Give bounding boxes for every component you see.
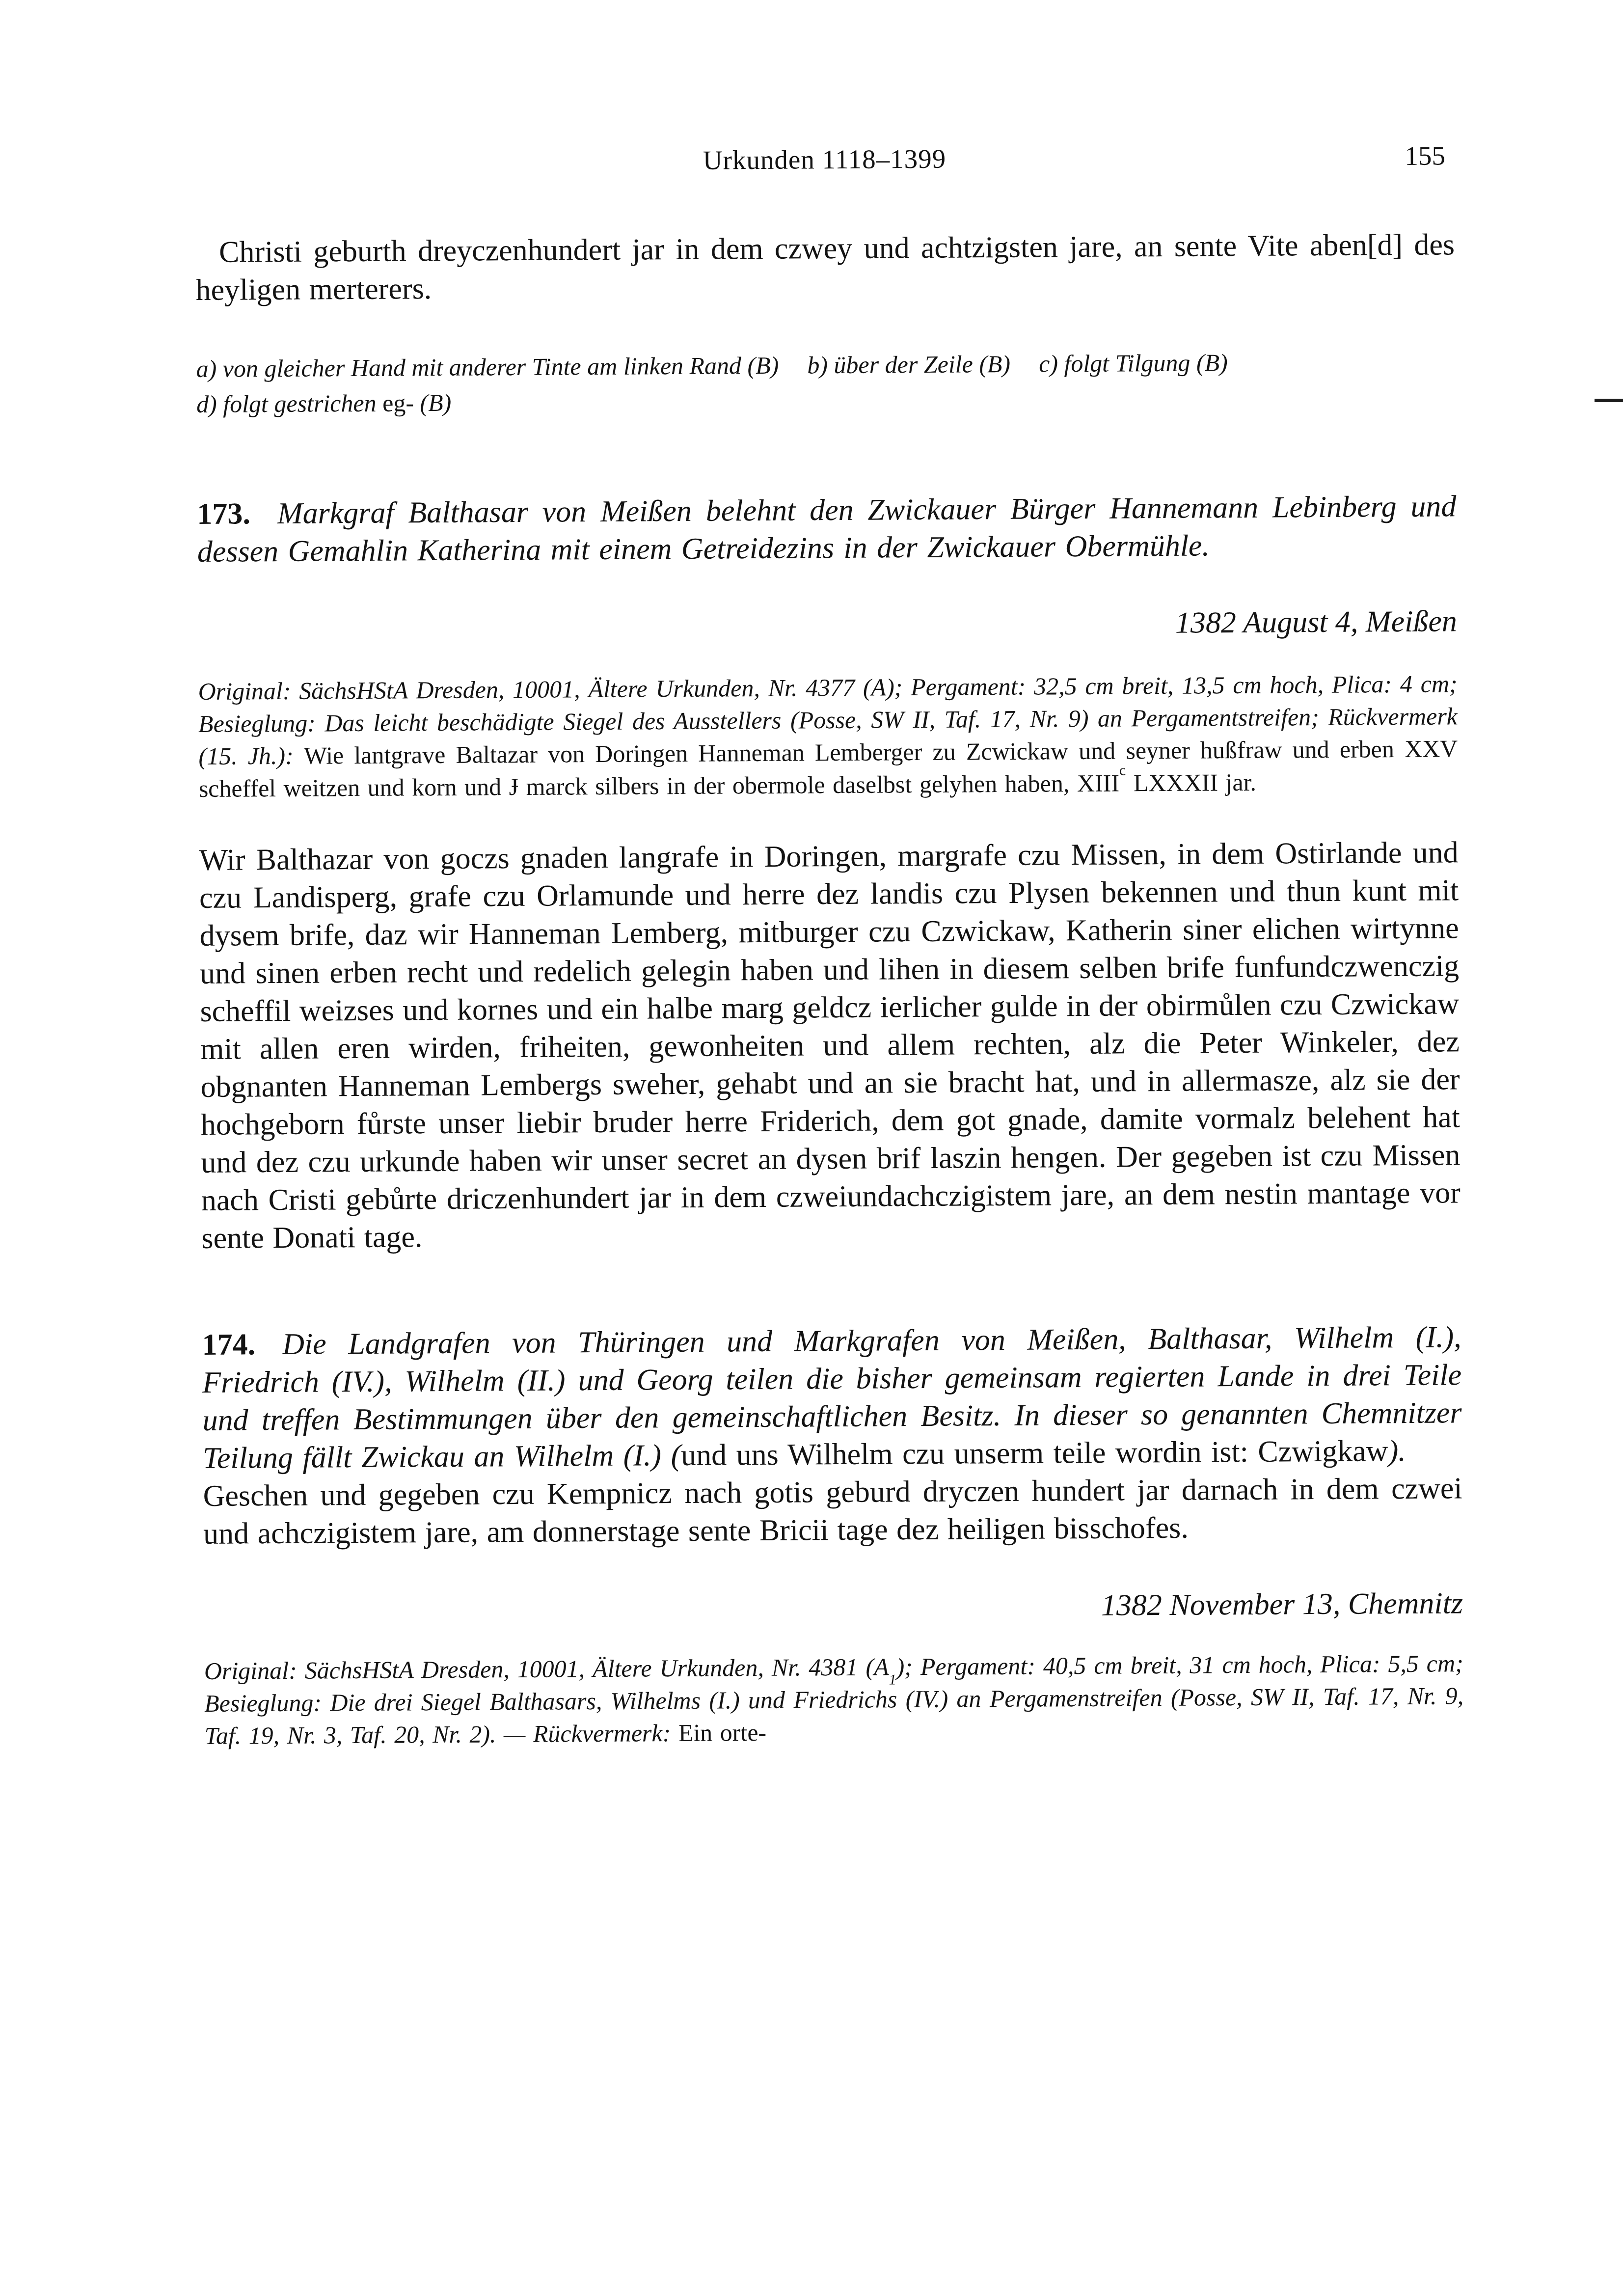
- entry-173-source-quote-end: LXXXII jar.: [1134, 768, 1256, 797]
- entry-173-date: 1382 August 4, Meißen: [198, 602, 1457, 648]
- entry-174-summary-close: ).: [1388, 1434, 1406, 1468]
- superscript-c: c: [1119, 763, 1126, 779]
- entry-173-summary: Markgraf Balthasar von Meißen belehnt de…: [197, 490, 1457, 569]
- running-head: Urkunden 1118–1399 155: [195, 138, 1454, 185]
- scanned-book-page: Urkunden 1118–1399 155 Christi geburth d…: [0, 0, 1623, 2296]
- entry-174-heading: 174.Die Landgrafen von Thüringen und Mar…: [202, 1318, 1462, 1477]
- entry-174-summary-quote: und uns Wilhelm czu unserm teile wordin …: [681, 1434, 1388, 1472]
- entry-173-heading: 173.Markgraf Balthasar von Meißen belehn…: [197, 488, 1457, 571]
- footnote-line-2: d) folgt gestrichen eg- (B): [196, 379, 1456, 422]
- entry-173-source: Original: SächsHStA Dresden, 10001, Älte…: [198, 667, 1458, 805]
- entry-174-text: Geschen und gegeben czu Kempnicz nach go…: [203, 1470, 1462, 1553]
- continuation-paragraph: Christi geburth dreyczenhundert jar in d…: [195, 226, 1455, 309]
- entry-173-source-quote: Wie lantgrave Baltazar von Doringen Hann…: [199, 735, 1458, 802]
- footnote-a: a) von gleicher Hand mit anderer Tinte a…: [196, 352, 779, 383]
- entry-174-date: 1382 November 13, Chemnitz: [204, 1585, 1463, 1630]
- entry-174-source-quote: Ein orte-: [678, 1719, 767, 1747]
- running-head-title: Urkunden 1118–1399: [195, 138, 1454, 181]
- footnote-d-label: d) folgt gestrichen: [196, 389, 377, 418]
- margin-dash: [1595, 399, 1623, 402]
- entry-173-number: 173.: [197, 497, 250, 531]
- page-number: 155: [1405, 138, 1445, 173]
- entry-174-source-editorial: Original: SächsHStA Dresden, 10001, Älte…: [204, 1653, 889, 1685]
- entry-174-source: Original: SächsHStA Dresden, 10001, Älte…: [204, 1647, 1464, 1752]
- footnote-c: c) folgt Tilgung (B): [1039, 349, 1228, 377]
- entry-174-number: 174.: [202, 1328, 256, 1362]
- footnote-d-quote: eg-: [382, 389, 414, 416]
- subscript-1: 1: [889, 1671, 896, 1688]
- entry-173-text: Wir Balthazar von goczs gnaden langrafe …: [199, 834, 1461, 1257]
- footnotes-block: a) von gleicher Hand mit anderer Tinte a…: [196, 343, 1456, 422]
- page-content: Urkunden 1118–1399 155 Christi geburth d…: [194, 0, 1464, 1752]
- footnote-b: b) über der Zeile (B): [807, 350, 1010, 379]
- footnote-d-sigle: (B): [420, 389, 451, 416]
